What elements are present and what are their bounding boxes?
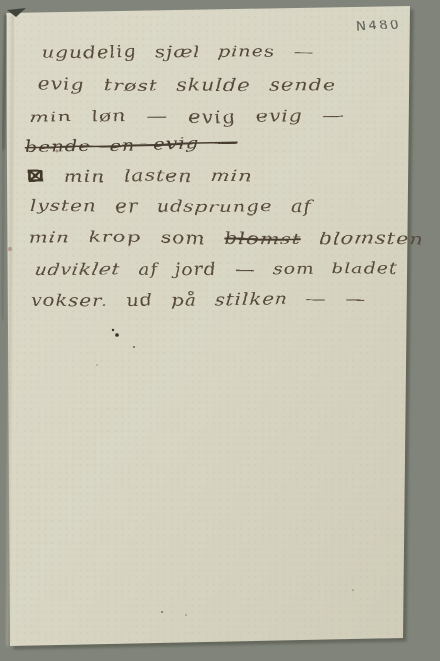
scanned-manuscript: N480 ugudelig sjæl pines — evig trøst sk… [0, 0, 440, 661]
text-segment: min krop som [28, 228, 225, 248]
struck-text: blomst [224, 229, 300, 248]
handwriting-line: ugudelig sjæl pines — [42, 42, 314, 62]
handwriting-line: min krop som blomst blomsten [28, 229, 424, 248]
handwriting-line: min løn — evig evig — [29, 107, 345, 127]
handwriting-line: lysten er udsprunge af [30, 197, 313, 217]
text-segment: udviklet af jord — som bladet [35, 259, 397, 279]
scribbled-out-mark: ⊠ [25, 165, 45, 187]
handwriting-line: vokser. ud på stilken — — [31, 290, 366, 310]
handwriting-line: evig trøst skulde sende [37, 76, 336, 95]
text-segment: lysten er udsprunge af [30, 196, 313, 216]
handwriting-line: bende en evig — [25, 134, 237, 156]
text-segment: ugudelig sjæl pines — [42, 41, 314, 62]
handwriting-line: ⊠ min lasten min [25, 165, 252, 187]
text-segment: min løn — evig evig — [29, 106, 345, 126]
text-segment: blomsten [301, 229, 424, 248]
text-segment: min lasten min [45, 166, 252, 186]
handwriting-block: ugudelig sjæl pines — evig trøst skulde … [0, 0, 440, 661]
struck-text: bende en evig — [25, 133, 237, 156]
text-segment: vokser. ud på stilken — — [31, 289, 366, 310]
text-segment: evig trøst skulde sende [37, 75, 336, 95]
handwriting-line: udviklet af jord — som bladet [35, 260, 397, 279]
